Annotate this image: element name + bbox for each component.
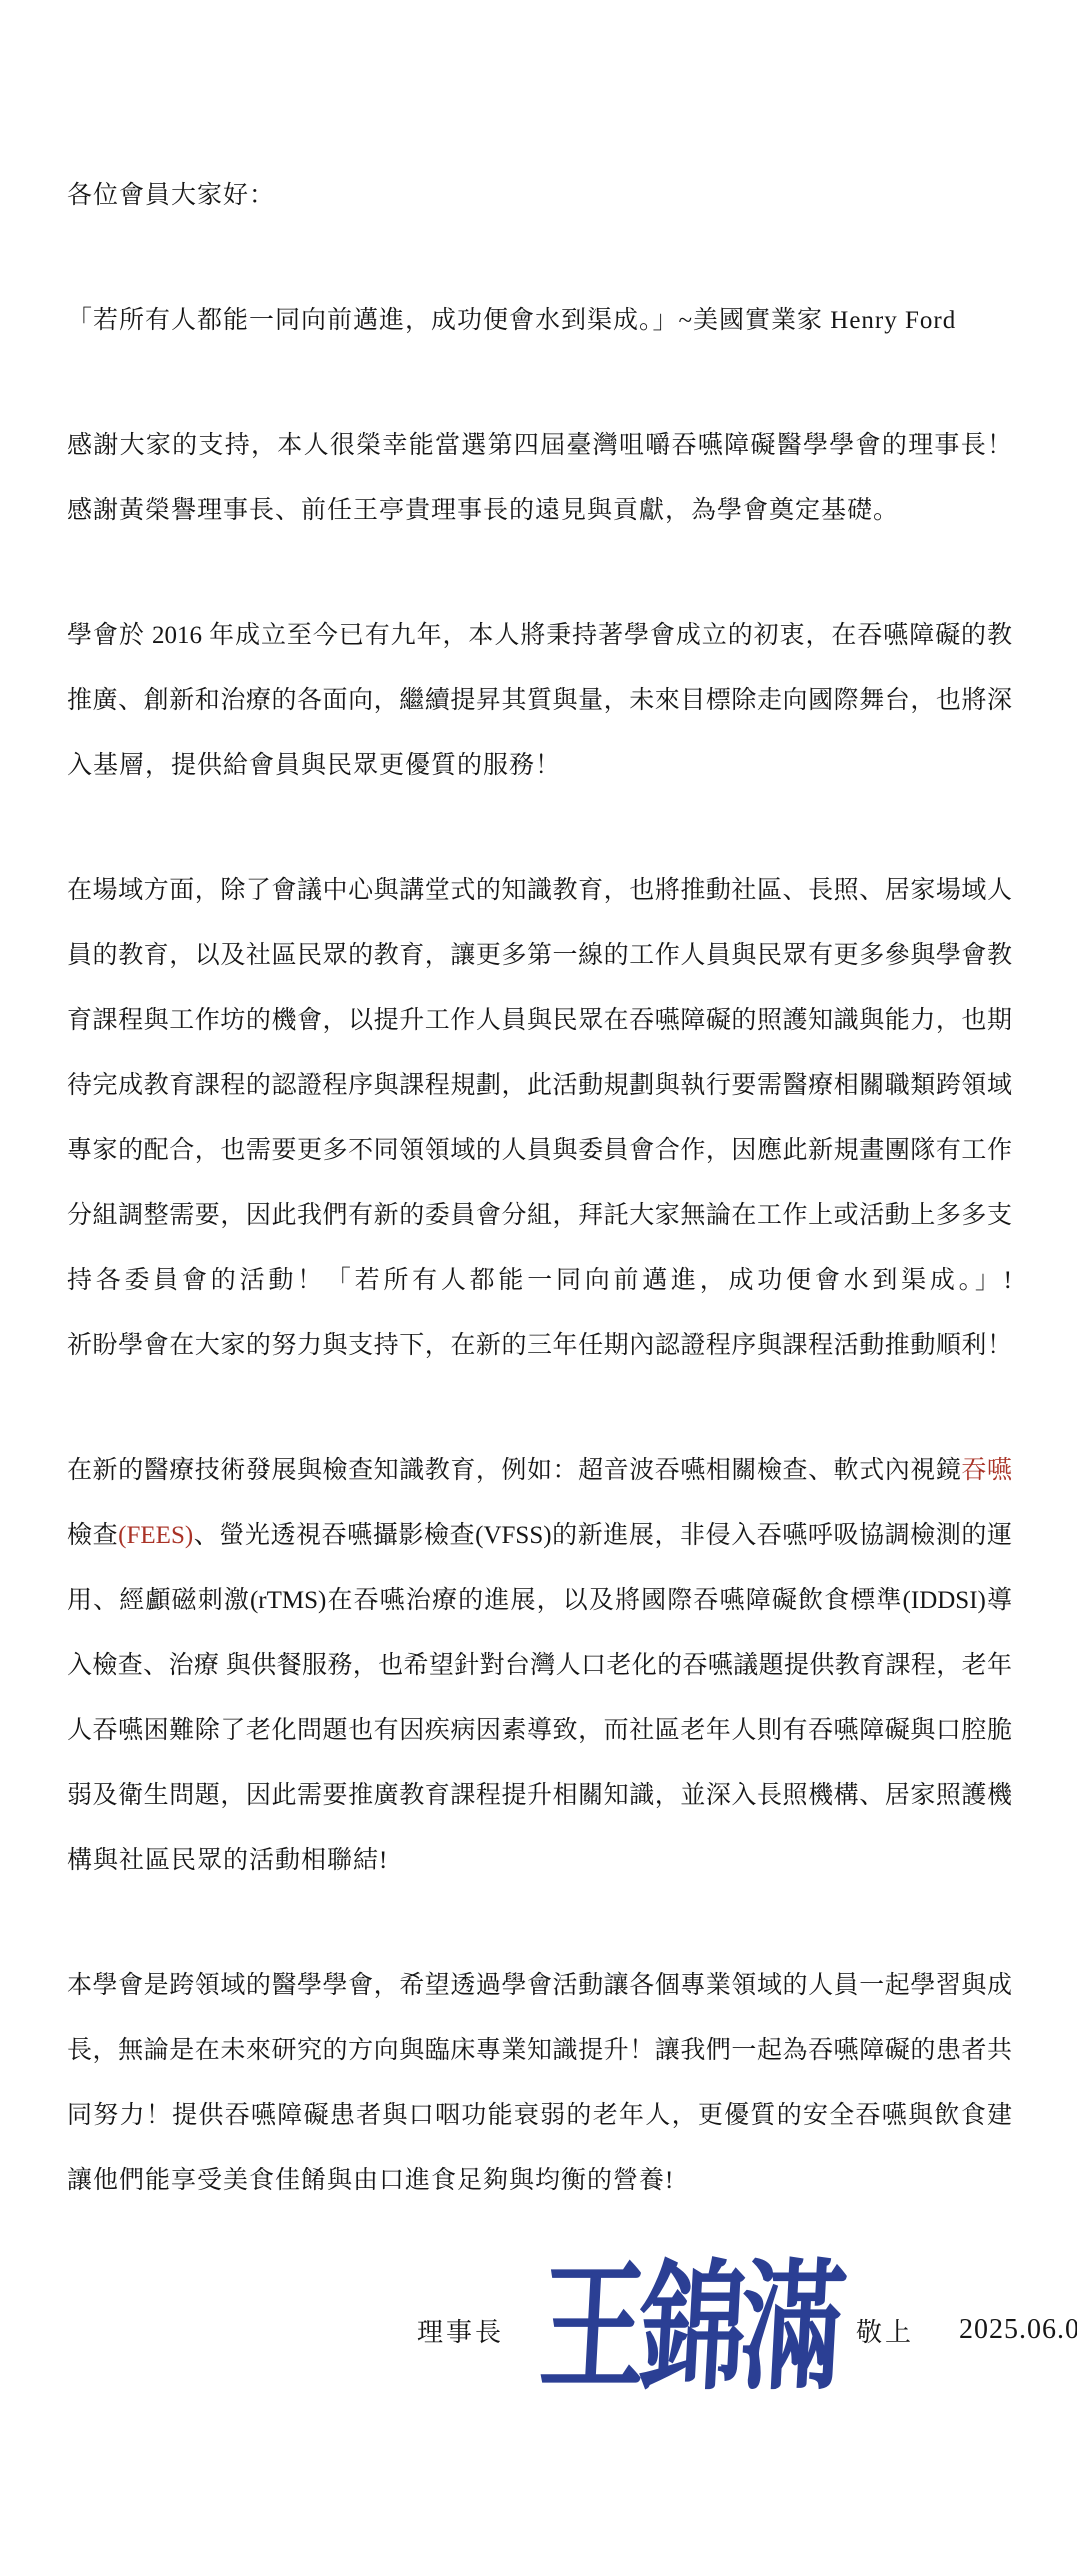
letter-text: 在場域方面，除了會議中心與講堂式的知識教育，也將推動社區、長照、居家場域人 xyxy=(67,877,1012,904)
signature-closing: 敬上 xyxy=(856,2312,914,2349)
text-line: 專家的配合，也需要更多不同領領域的人員與委員會合作，因應此新規畫團隊有工作 xyxy=(67,1118,1012,1183)
text-line: 感謝黃榮譽理事長、前任王亭貴理事長的遠見與貢獻，為學會奠定基礎。 xyxy=(67,478,1012,543)
letter-text: 學會於 2016 年成立至今已有九年，本人將秉持著學會成立的初衷，在吞嚥障礙的教… xyxy=(67,622,1012,668)
paragraph: 在新的醫療技術發展與檢查知識教育，例如：超音波吞嚥相關檢查、軟式內視鏡吞嚥檢查(… xyxy=(67,1438,1012,1893)
text-line: 祈盼學會在大家的努力與支持下，在新的三年任期內認證程序與課程活動推動順利！ xyxy=(67,1313,1012,1378)
text-line: 在場域方面，除了會議中心與講堂式的知識教育，也將推動社區、長照、居家場域人 xyxy=(67,858,1012,923)
letter-text: 祈盼學會在大家的努力與支持下，在新的三年任期內認證程序與課程活動推動順利！ xyxy=(67,1332,1012,1359)
signature-date: 2025.06.06 xyxy=(959,2314,1077,2346)
letter-text: 「若所有人都能一同向前邁進，成功便會水到渠成。」~美國實業家 Henry For… xyxy=(67,307,956,334)
text-line: 待完成教育課程的認證程序與課程規劃，此活動規劃與執行要需醫療相關職類跨領域 xyxy=(67,1053,1012,1118)
text-line: 員的教育，以及社區民眾的教育，讓更多第一線的工作人員與民眾有更多參與學會教 xyxy=(67,923,1012,988)
text-line: 人吞嚥困難除了老化問題也有因疾病因素導致，而社區老年人則有吞嚥障礙與口腔脆 xyxy=(67,1698,1012,1763)
letter-text: 本學會是跨領域的醫學學會，希望透過學會活動讓各個專業領域的人員一起學習與成 xyxy=(67,1972,1012,1999)
text-line: 同努力！提供吞嚥障礙患者與口咽功能衰弱的老年人，更優質的安全吞嚥與飲食建議， xyxy=(67,2083,1012,2148)
letter-text: 員的教育，以及社區民眾的教育，讓更多第一線的工作人員與民眾有更多參與學會教 xyxy=(67,942,1012,969)
letter-text: 讓他們能享受美食佳餚與由口進食足夠與均衡的營養! xyxy=(67,2167,674,2194)
text-line: 在新的醫療技術發展與檢查知識教育，例如：超音波吞嚥相關檢查、軟式內視鏡吞嚥 xyxy=(67,1438,1012,1503)
text-line: 讓他們能享受美食佳餚與由口進食足夠與均衡的營養! xyxy=(67,2148,1012,2213)
text-line: 各位會員大家好： xyxy=(67,163,1012,228)
letter-text: 弱及衛生問題，因此需要推廣教育課程提升相關知識，並深入長照機構、居家照護機 xyxy=(67,1782,1012,1809)
letter-text: 入基層，提供給會員與民眾更優質的服務！ xyxy=(67,752,561,779)
text-line: 入基層，提供給會員與民眾更優質的服務！ xyxy=(67,733,1012,798)
text-line: 本學會是跨領域的醫學學會，希望透過學會活動讓各個專業領域的人員一起學習與成 xyxy=(67,1953,1012,2018)
text-line: 分組調整需要，因此我們有新的委員會分組，拜託大家無論在工作上或活動上多多支 xyxy=(67,1183,1012,1248)
letter-text: 長，無論是在未來研究的方向與臨床專業知識提升！讓我們一起為吞嚥障礙的患者共 xyxy=(67,2037,1012,2064)
text-line: 檢查(FEES)、螢光透視吞嚥攝影檢查(VFSS)的新進展，非侵入吞嚥呼吸協調檢… xyxy=(67,1503,1012,1568)
text-line: 推廣、創新和治療的各面向，繼續提昇其質與量，未來目標除走向國際舞台，也將深 xyxy=(67,668,1012,733)
signature-handwriting: 王錦滿 xyxy=(536,2260,843,2400)
letter-text: 入檢查、治療 與供餐服務，也希望針對台灣人口老化的吞嚥議題提供教育課程，老年 xyxy=(67,1652,1012,1679)
letter-text: 人吞嚥困難除了老化問題也有因疾病因素導致，而社區老年人則有吞嚥障礙與口腔脆 xyxy=(67,1717,1012,1744)
text-line: 感謝大家的支持，本人很榮幸能當選第四屆臺灣咀嚼吞嚥障礙醫學學會的理事長！ xyxy=(67,413,1012,478)
paragraph: 感謝大家的支持，本人很榮幸能當選第四屆臺灣咀嚼吞嚥障礙醫學學會的理事長！感謝黃榮… xyxy=(67,413,1012,543)
letter-body: 各位會員大家好：「若所有人都能一同向前邁進，成功便會水到渠成。」~美國實業家 H… xyxy=(67,163,1012,2273)
letter-text: 各位會員大家好： xyxy=(67,182,275,209)
text-line: 構與社區民眾的活動相聯結! xyxy=(67,1828,1012,1893)
letter-text: 推廣、創新和治療的各面向，繼續提昇其質與量，未來目標除走向國際舞台，也將深 xyxy=(67,687,1012,714)
text-line: 學會於 2016 年成立至今已有九年，本人將秉持著學會成立的初衷，在吞嚥障礙的教… xyxy=(67,603,1012,668)
highlighted-red-text: 吞嚥 xyxy=(961,1457,1012,1484)
text-line: 育課程與工作坊的機會，以提升工作人員與民眾在吞嚥障礙的照護知識與能力，也期 xyxy=(67,988,1012,1053)
text-line: 入檢查、治療 與供餐服務，也希望針對台灣人口老化的吞嚥議題提供教育課程，老年 xyxy=(67,1633,1012,1698)
letter-text: 構與社區民眾的活動相聯結! xyxy=(67,1847,388,1874)
highlighted-red-text: (FEES) xyxy=(118,1522,193,1549)
letter-text: 感謝黃榮譽理事長、前任王亭貴理事長的遠見與貢獻，為學會奠定基礎。 xyxy=(67,497,899,524)
letter-text: 分組調整需要，因此我們有新的委員會分組，拜託大家無論在工作上或活動上多多支 xyxy=(67,1202,1012,1229)
signature-title: 理事長 xyxy=(417,2312,504,2349)
letter-text: 檢查 xyxy=(67,1522,118,1549)
letter-text: 待完成教育課程的認證程序與課程規劃，此活動規劃與執行要需醫療相關職類跨領域 xyxy=(67,1072,1012,1099)
letter-text: 在新的醫療技術發展與檢查知識教育，例如：超音波吞嚥相關檢查、軟式內視鏡 xyxy=(67,1457,961,1484)
letter-text: 持各委員會的活動！「若所有人都能一同向前邁進，成功便會水到渠成。」! xyxy=(67,1267,1012,1294)
paragraph: 「若所有人都能一同向前邁進，成功便會水到渠成。」~美國實業家 Henry For… xyxy=(67,288,1012,353)
text-line: 持各委員會的活動！「若所有人都能一同向前邁進，成功便會水到渠成。」! xyxy=(67,1248,1012,1313)
letter-page: 各位會員大家好：「若所有人都能一同向前邁進，成功便會水到渠成。」~美國實業家 H… xyxy=(0,0,1077,2560)
text-line: 「若所有人都能一同向前邁進，成功便會水到渠成。」~美國實業家 Henry For… xyxy=(67,288,1012,353)
paragraph: 在場域方面，除了會議中心與講堂式的知識教育，也將推動社區、長照、居家場域人員的教… xyxy=(67,858,1012,1378)
paragraph: 學會於 2016 年成立至今已有九年，本人將秉持著學會成立的初衷，在吞嚥障礙的教… xyxy=(67,603,1012,798)
letter-text: 用、經顱磁刺激(rTMS)在吞嚥治療的進展，以及將國際吞嚥障礙飲食標準(IDDS… xyxy=(67,1587,1012,1614)
text-line: 用、經顱磁刺激(rTMS)在吞嚥治療的進展，以及將國際吞嚥障礙飲食標準(IDDS… xyxy=(67,1568,1012,1633)
paragraph: 本學會是跨領域的醫學學會，希望透過學會活動讓各個專業領域的人員一起學習與成長，無… xyxy=(67,1953,1012,2213)
letter-text: 育課程與工作坊的機會，以提升工作人員與民眾在吞嚥障礙的照護知識與能力，也期 xyxy=(67,1007,1012,1034)
letter-text: 同努力！提供吞嚥障礙患者與口咽功能衰弱的老年人，更優質的安全吞嚥與飲食建議， xyxy=(67,2102,1012,2148)
text-line: 弱及衛生問題，因此需要推廣教育課程提升相關知識，並深入長照機構、居家照護機 xyxy=(67,1763,1012,1828)
letter-text: 感謝大家的支持，本人很榮幸能當選第四屆臺灣咀嚼吞嚥障礙醫學學會的理事長！ xyxy=(67,432,1012,459)
text-line: 長，無論是在未來研究的方向與臨床專業知識提升！讓我們一起為吞嚥障礙的患者共 xyxy=(67,2018,1012,2083)
letter-text: 、螢光透視吞嚥攝影檢查(VFSS)的新進展，非侵入吞嚥呼吸協調檢測的運 xyxy=(193,1522,1012,1549)
signature-block: 理事長 王錦滿 敬上 2025.06.06 xyxy=(67,2250,1077,2410)
paragraph: 各位會員大家好： xyxy=(67,163,1012,228)
letter-text: 專家的配合，也需要更多不同領領域的人員與委員會合作，因應此新規畫團隊有工作 xyxy=(67,1137,1012,1164)
